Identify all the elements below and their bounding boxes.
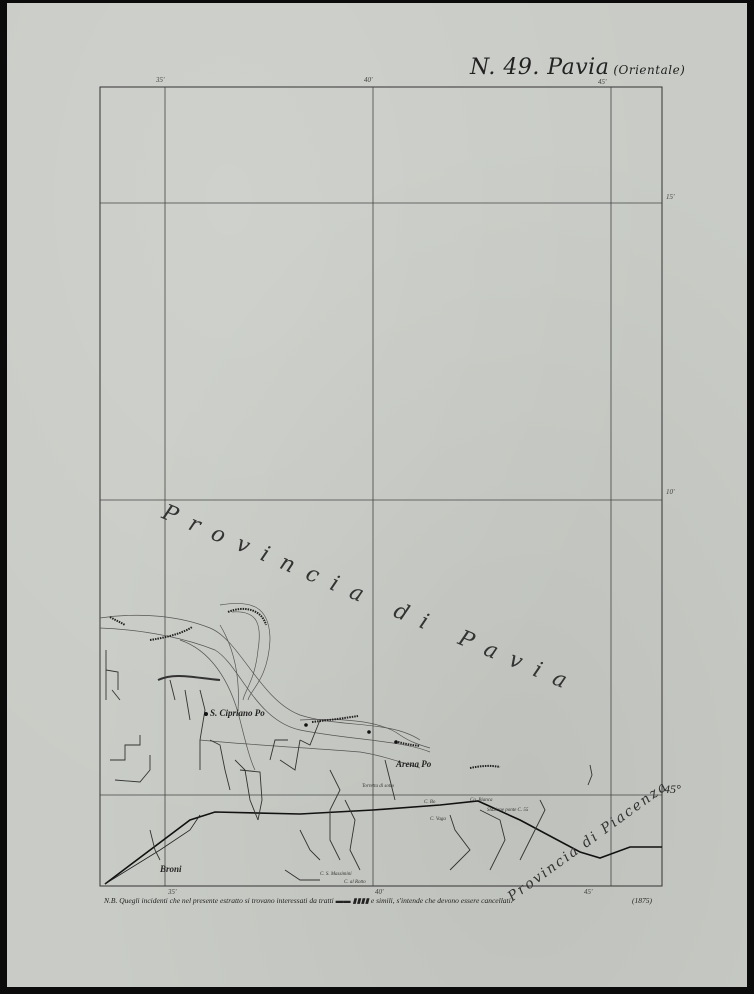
- place-san-cipriano-po: S. Cipriano Po: [210, 708, 265, 718]
- label-ca-bianca: Ca. Bianca: [470, 798, 493, 803]
- label-c-vaga: C. Vaga: [430, 817, 446, 822]
- grid-tick-top-45: 45': [598, 78, 607, 86]
- grid-tick-top-40: 40': [364, 76, 373, 84]
- footer-year: (1875): [632, 896, 652, 905]
- label-c-massimini: C. S. Massimini: [320, 872, 352, 877]
- grid-tick-bottom-35: 35': [168, 888, 177, 896]
- map-drawing: [0, 0, 754, 994]
- map-frame: [100, 87, 662, 886]
- dike: [158, 676, 220, 680]
- label-c-bo: C. Bo: [424, 800, 435, 805]
- river-po: [100, 603, 430, 770]
- place-broni: Broni: [160, 864, 182, 874]
- grid-tick-bottom-45: 45': [584, 888, 593, 896]
- grid-tick-top-35: 35': [156, 76, 165, 84]
- label-torretta: Torretta di sotto: [362, 784, 394, 789]
- footer-note: N.B. Quegli incidenti che nel presente e…: [104, 896, 513, 905]
- label-c-al-rotto: C. al Rotto: [344, 880, 366, 885]
- roads: [106, 650, 592, 880]
- label-stazione: Stazione ponte C. 55: [487, 808, 528, 813]
- grid-tick-right-15: 15': [666, 193, 675, 201]
- grid-tick-right-10: 10': [666, 488, 675, 496]
- grid-lines: [100, 87, 662, 886]
- grid-tick-bottom-40: 40': [375, 888, 384, 896]
- place-arena-po: Arena Po: [396, 759, 431, 769]
